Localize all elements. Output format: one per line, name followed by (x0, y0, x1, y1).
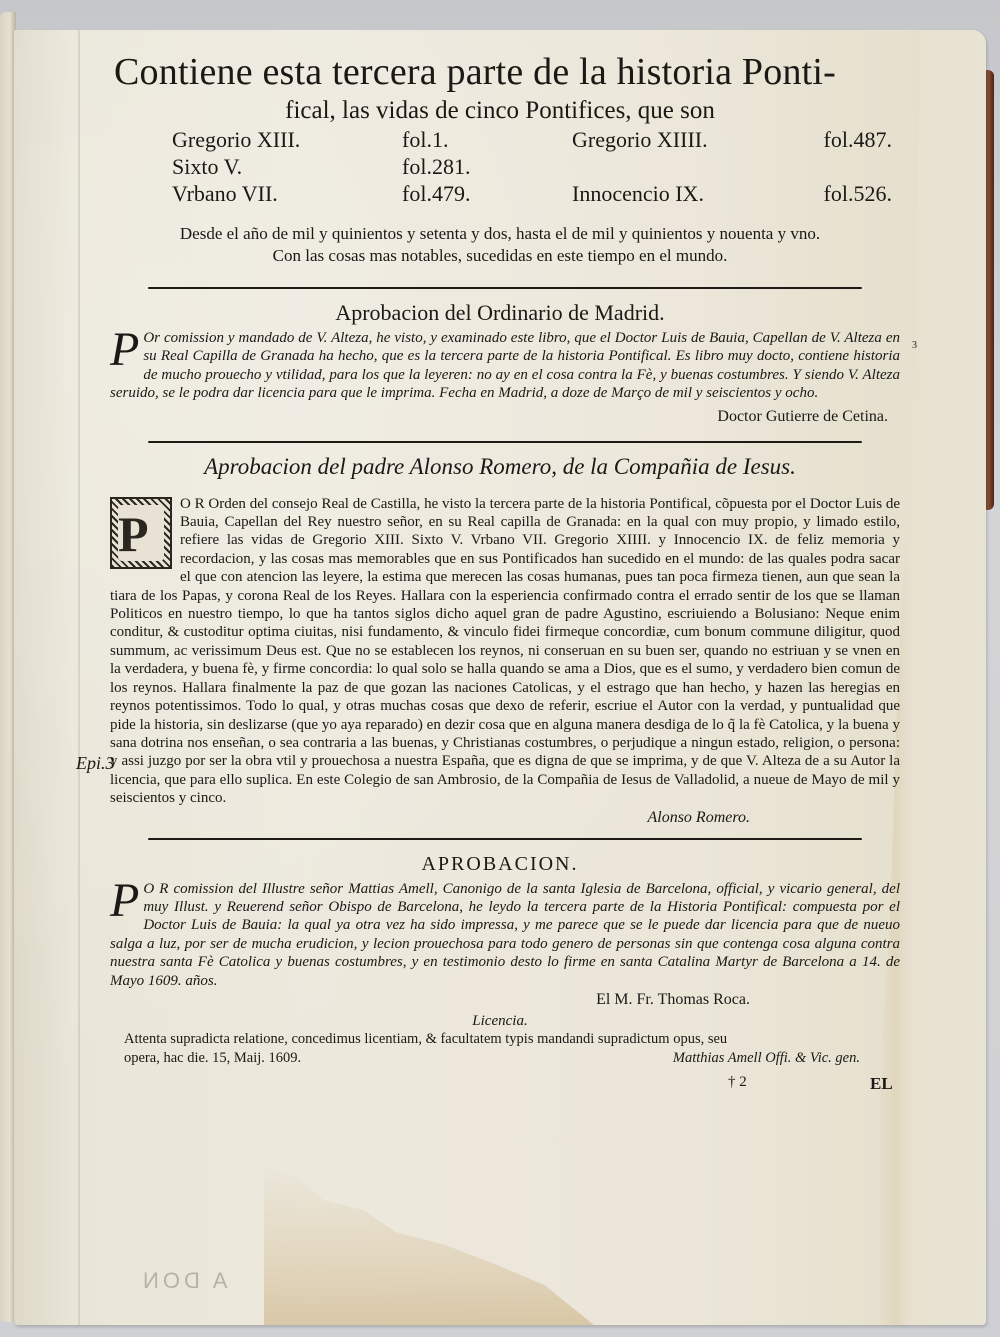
popes-row: Vrbano VII. fol.479. Innocencio IX. fol.… (172, 180, 892, 207)
signature-romero: Alonso Romero. (100, 808, 750, 828)
pope-name: Sixto V. (172, 153, 402, 181)
approval-text-romero: P O R Orden del consejo Real de Castilla… (110, 495, 900, 808)
margin-mark: 3 (912, 340, 917, 351)
section-heading-aprobacion: APROBACION. (100, 850, 900, 878)
pope-name: Gregorio XIII. (172, 126, 402, 154)
signature-mark: † 2 (728, 1074, 747, 1091)
main-title-continuation: fical, las vidas de cinco Pontifices, qu… (100, 96, 900, 126)
signature-cetina: Doctor Gutierre de Cetina. (100, 407, 888, 427)
approval-body: O R Orden del consejo Real de Castilla, … (110, 496, 900, 807)
years-span-line: Desde el año de mil y quinientos y seten… (100, 223, 900, 245)
licence-date-row: opera, hac die. 15, Maij. 1609. Matthias… (124, 1048, 860, 1068)
licence-date: opera, hac die. 15, Maij. 1609. (124, 1048, 301, 1068)
popes-table: Gregorio XIII. fol.1. Gregorio XIIII. fo… (172, 126, 892, 207)
section-heading-romero: Aprobacion del padre Alonso Romero, de l… (100, 453, 900, 481)
ornamental-drop-cap: P (110, 497, 172, 569)
page-footer: † 2 EL (100, 1074, 900, 1098)
water-stain-bottom (264, 1165, 594, 1325)
approval-body: Or comission y mandado de V. Alteza, he … (110, 330, 900, 401)
pope-name: Gregorio XIIII. (572, 126, 807, 154)
signature-roca: El M. Fr. Thomas Roca. (100, 990, 750, 1010)
licence-heading: Licencia. (100, 1012, 900, 1030)
approval-text-barcelona: P O R comission del Illustre señor Matti… (110, 880, 900, 990)
approval-body: O R comission del Illustre señor Mattias… (110, 881, 900, 989)
approval-text-madrid: P Or comission y mandado de V. Alteza, h… (110, 329, 900, 403)
gutter-fold (78, 30, 80, 1325)
pope-name: Innocencio IX. (572, 180, 807, 208)
pope-folio: fol.281. (402, 153, 572, 181)
pope-folio: fol.526. (807, 180, 892, 208)
pope-folio: fol.1. (402, 126, 572, 154)
licence-text: Attenta supradicta relatione, concedimus… (124, 1030, 890, 1048)
pope-folio: fol.479. (402, 180, 572, 208)
section-divider (148, 441, 862, 443)
drop-cap: P (110, 331, 143, 369)
licence-signature: Matthias Amell Offi. & Vic. gen. (673, 1048, 860, 1068)
section-divider (148, 838, 862, 840)
printed-text-block: Contiene esta tercera parte de la histor… (100, 50, 900, 1098)
drop-cap: P (110, 882, 143, 920)
bleed-through-text: A DON (139, 1268, 227, 1294)
pope-name: Vrbano VII. (172, 180, 402, 208)
pope-folio: fol.487. (807, 126, 892, 154)
section-divider (148, 287, 862, 289)
popes-row: Sixto V. fol.281. (172, 153, 892, 180)
main-title: Contiene esta tercera parte de la histor… (114, 50, 900, 94)
notable-events-line: Con las cosas mas notables, sucedidas en… (100, 245, 900, 267)
popes-row: Gregorio XIII. fol.1. Gregorio XIIII. fo… (172, 126, 892, 153)
section-heading-madrid: Aprobacion del Ordinario de Madrid. (100, 299, 900, 327)
catchword: EL (870, 1074, 893, 1094)
